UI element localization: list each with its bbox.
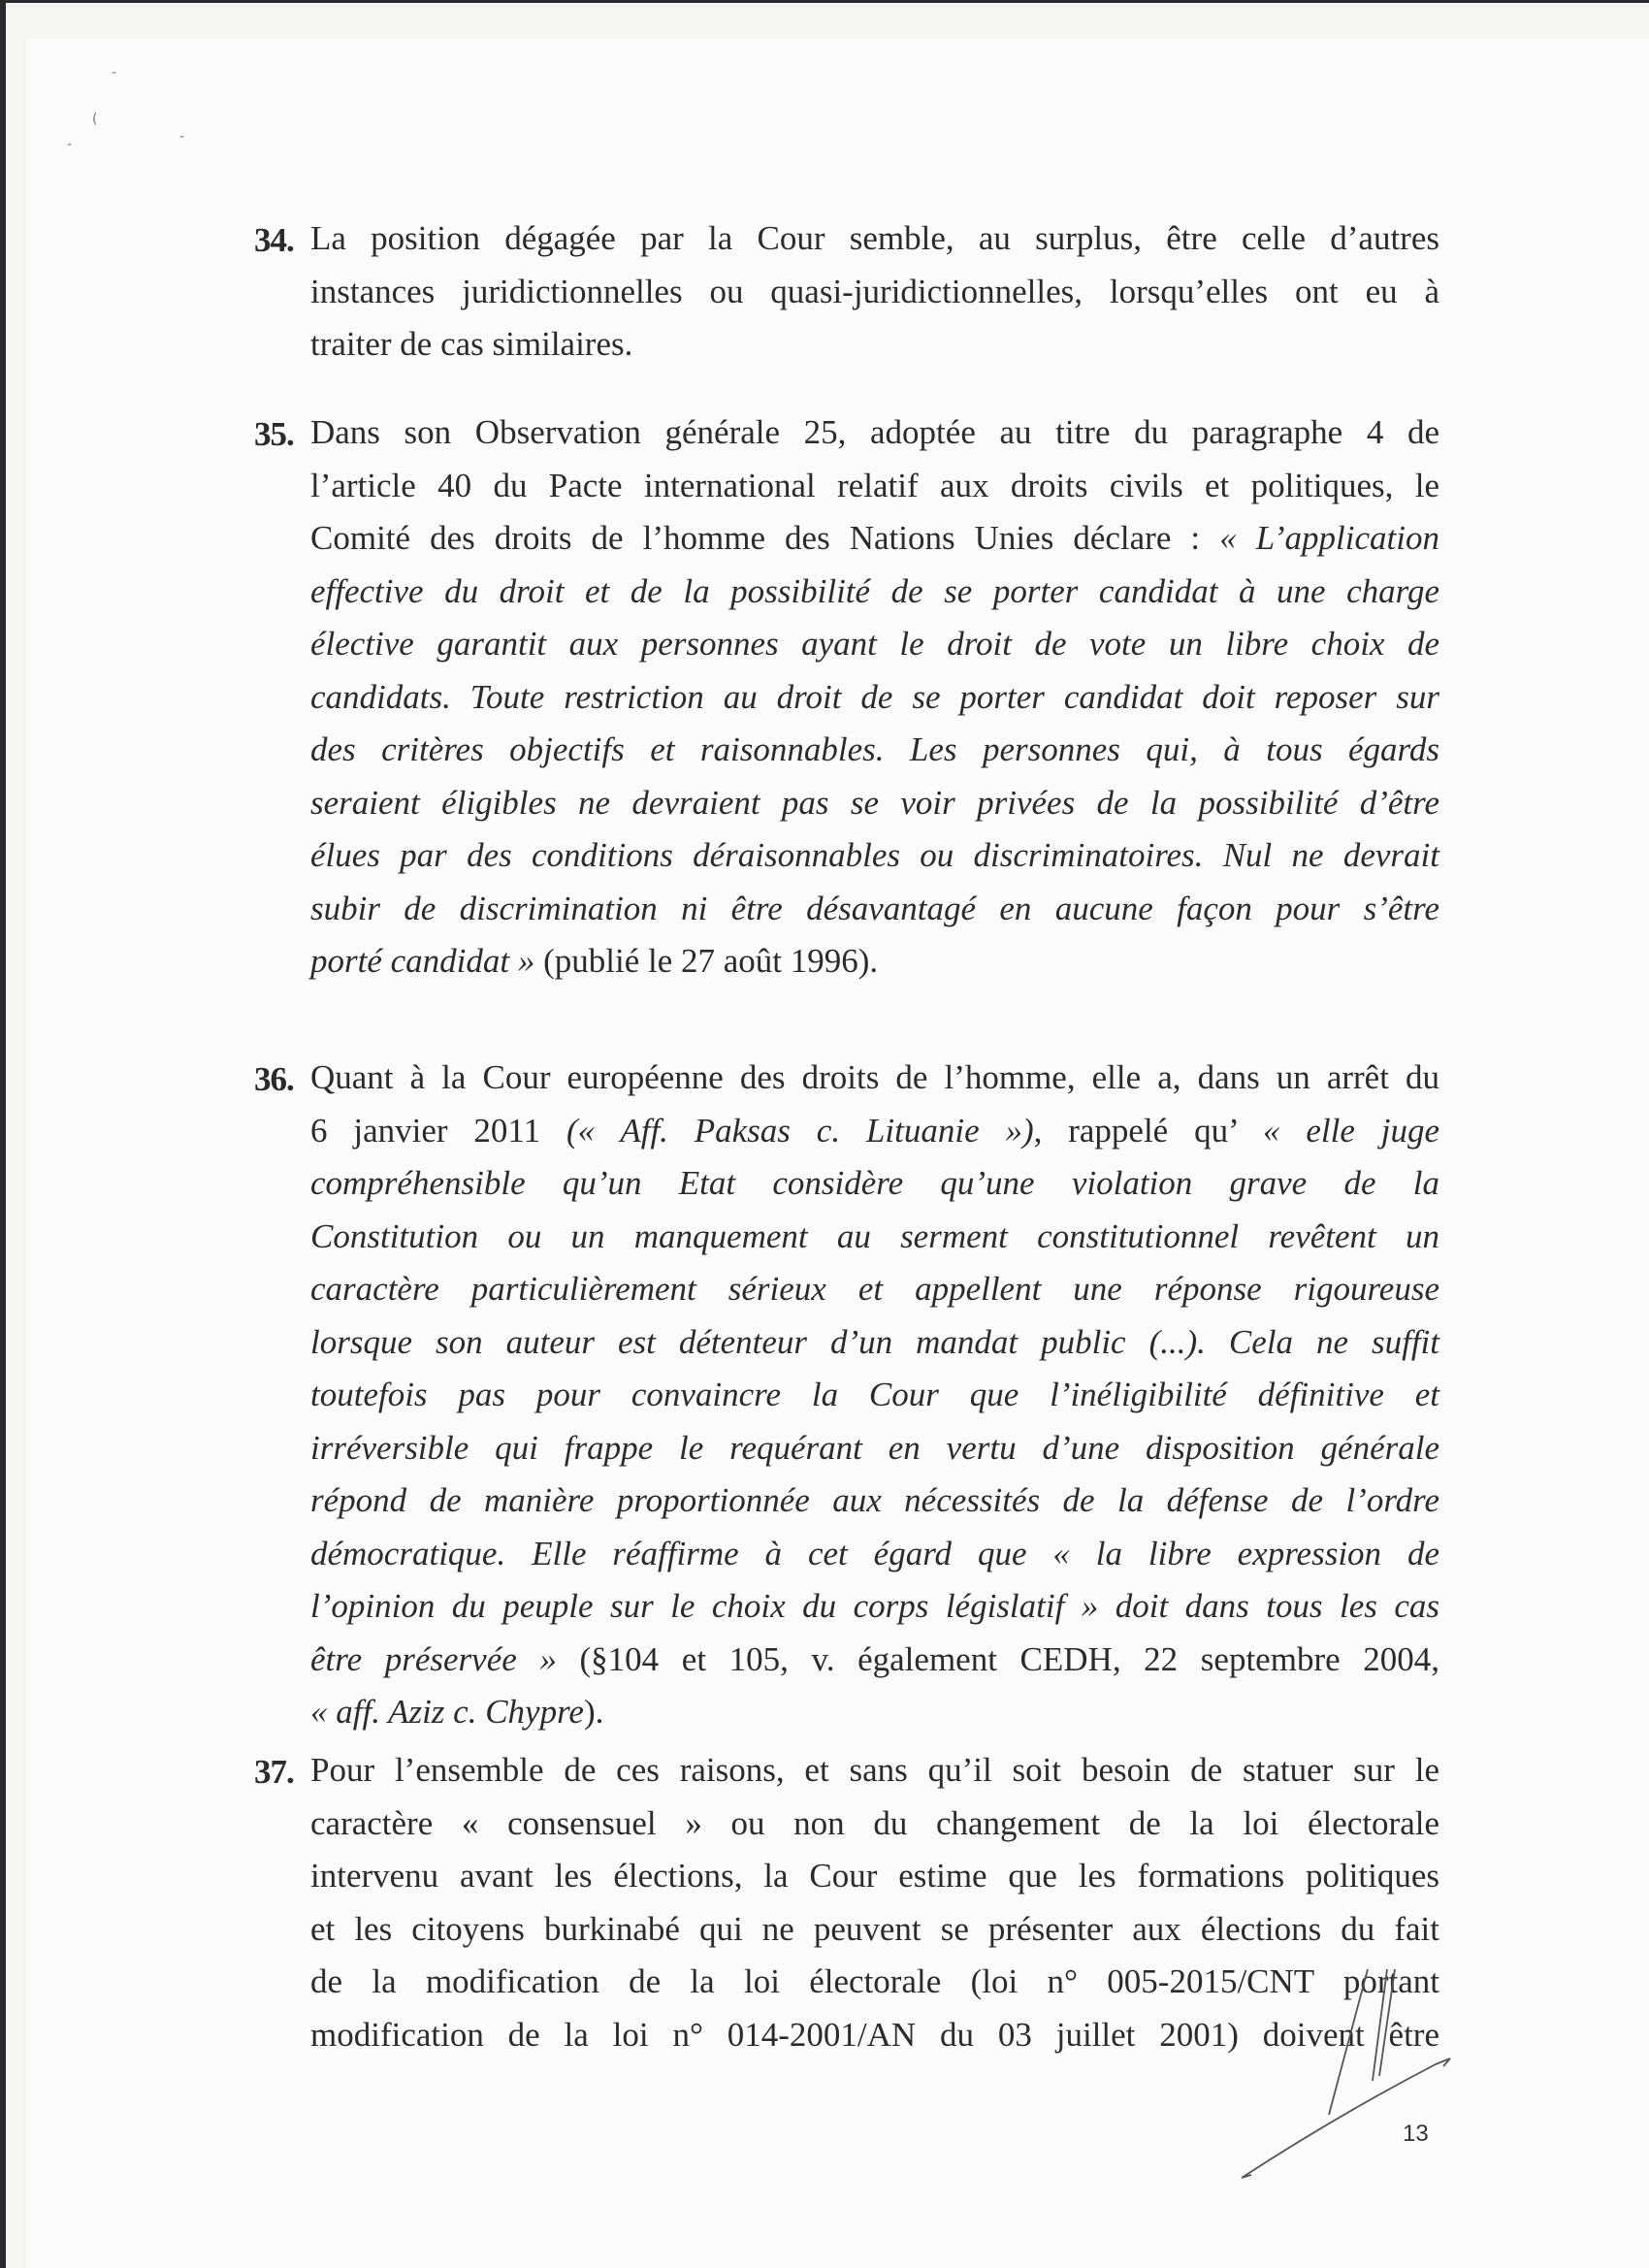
body-text: Pour l’ensemble de ces raisons, et sans … xyxy=(310,1751,1439,1789)
body-text: (publié le 27 août 1996). xyxy=(534,942,878,980)
text-line: Dans son Observation générale 25, adopté… xyxy=(310,415,1439,449)
quoted-text: (« Aff. Paksas c. Lituanie ») xyxy=(566,1112,1034,1150)
body-text: Comité des droits de l’homme des Nations… xyxy=(310,519,1219,557)
scan-speck: ‐ xyxy=(179,130,184,144)
text-line: La position dégagée par la Cour semble, … xyxy=(310,221,1439,255)
body-text: La position dégagée par la Cour semble, … xyxy=(310,219,1439,257)
quoted-text: subir de discrimination ni être désavant… xyxy=(310,890,1439,927)
text-line: traiter de cas similaires. xyxy=(310,327,1439,361)
quoted-text: l’opinion du peuple sur le choix du corp… xyxy=(310,1587,1439,1625)
signature-mark xyxy=(1222,1969,1474,2192)
text-line: démocratique. Elle réaffirme à cet égard… xyxy=(310,1537,1439,1571)
text-line: Pour l’ensemble de ces raisons, et sans … xyxy=(310,1753,1439,1787)
text-line: seraient éligibles ne devraient pas se v… xyxy=(310,786,1439,820)
body-text: et les citoyens burkinabé qui ne peuvent… xyxy=(310,1910,1439,1948)
quoted-text: lorsque son auteur est détenteur d’un ma… xyxy=(310,1323,1439,1361)
text-line: des critères objectifs et raisonnables. … xyxy=(310,732,1439,766)
text-line: toutefois pas pour convaincre la Cour qu… xyxy=(310,1377,1439,1411)
quoted-text: seraient éligibles ne devraient pas se v… xyxy=(310,784,1439,822)
scan-speck: ( xyxy=(92,113,97,126)
quoted-text: effective du droit et de la possibilité … xyxy=(310,572,1439,610)
quoted-text: des critères objectifs et raisonnables. … xyxy=(310,730,1439,768)
text-line: « aff. Aziz c. Chypre). xyxy=(310,1695,1439,1729)
text-line: lorsque son auteur est détenteur d’un ma… xyxy=(310,1325,1439,1359)
text-line: et les citoyens burkinabé qui ne peuvent… xyxy=(310,1912,1439,1946)
text-line: intervenu avant les élections, la Cour e… xyxy=(310,1859,1439,1893)
text-line: Constitution ou un manquement au serment… xyxy=(310,1219,1439,1253)
quoted-text: candidats. Toute restriction au droit de… xyxy=(310,678,1439,716)
quoted-text: Constitution ou un manquement au serment… xyxy=(310,1217,1439,1255)
quoted-text: compréhensible qu’un Etat considère qu’u… xyxy=(310,1164,1439,1202)
text-line: caractère « consensuel » ou non du chang… xyxy=(310,1806,1439,1840)
scan-speck: ‐ xyxy=(112,66,116,80)
paragraph-number: 35. xyxy=(254,415,294,454)
quoted-text: caractère particulièrement sérieux et ap… xyxy=(310,1270,1439,1308)
body-text: l’article 40 du Pacte international rela… xyxy=(310,467,1439,504)
body-text: Dans son Observation générale 25, adopté… xyxy=(310,413,1439,451)
body-text: intervenu avant les élections, la Cour e… xyxy=(310,1857,1439,1895)
text-line: 6 janvier 2011 (« Aff. Paksas c. Lituani… xyxy=(310,1114,1439,1148)
text-line: effective du droit et de la possibilité … xyxy=(310,574,1439,608)
quoted-text: « aff. Aziz c. Chypre xyxy=(310,1693,584,1731)
text-line: caractère particulièrement sérieux et ap… xyxy=(310,1272,1439,1306)
scan-speck: ‐ xyxy=(67,138,72,151)
quoted-text: être préservée » xyxy=(310,1640,557,1678)
quoted-text: « L’application xyxy=(1219,519,1439,557)
text-line: être préservée » (§104 et 105, v. égalem… xyxy=(310,1642,1439,1676)
page-number: 13 xyxy=(1403,2121,1429,2148)
body-text: instances juridictionnelles ou quasi-jur… xyxy=(310,273,1439,310)
body-text: caractère « consensuel » ou non du chang… xyxy=(310,1804,1439,1842)
quoted-text: toutefois pas pour convaincre la Cour qu… xyxy=(310,1376,1439,1413)
body-text: 6 janvier 2011 xyxy=(310,1112,566,1150)
text-line: porté candidat » (publié le 27 août 1996… xyxy=(310,944,1439,978)
quoted-text: démocratique. Elle réaffirme à cet égard… xyxy=(310,1535,1439,1572)
text-line: élues par des conditions déraisonnables … xyxy=(310,838,1439,872)
body-text: (§104 et 105, v. également CEDH, 22 sept… xyxy=(557,1640,1439,1678)
text-line: l’opinion du peuple sur le choix du corp… xyxy=(310,1589,1439,1623)
paragraph-number: 34. xyxy=(254,221,294,260)
paragraph-number: 37. xyxy=(254,1753,294,1792)
text-line: irréversible qui frappe le requérant en … xyxy=(310,1431,1439,1465)
text-line: l’article 40 du Pacte international rela… xyxy=(310,469,1439,502)
body-text: traiter de cas similaires. xyxy=(310,325,632,363)
body-text: Quant à la Cour européenne des droits de… xyxy=(310,1058,1439,1096)
quoted-text: répond de manière proportionnée aux néce… xyxy=(310,1481,1439,1519)
body-text: , rappelé qu’ xyxy=(1034,1112,1263,1150)
quoted-text: élues par des conditions déraisonnables … xyxy=(310,836,1439,874)
text-line: répond de manière proportionnée aux néce… xyxy=(310,1483,1439,1517)
text-line: compréhensible qu’un Etat considère qu’u… xyxy=(310,1166,1439,1200)
text-line: subir de discrimination ni être désavant… xyxy=(310,891,1439,925)
paragraph-number: 36. xyxy=(254,1060,294,1099)
quoted-text: porté candidat » xyxy=(310,942,534,980)
quoted-text: « elle juge xyxy=(1263,1112,1439,1150)
text-line: Quant à la Cour européenne des droits de… xyxy=(310,1060,1439,1094)
text-line: Comité des droits de l’homme des Nations… xyxy=(310,521,1439,555)
text-line: instances juridictionnelles ou quasi-jur… xyxy=(310,275,1439,308)
text-line: élective garantit aux personnes ayant le… xyxy=(310,627,1439,661)
text-line: candidats. Toute restriction au droit de… xyxy=(310,680,1439,714)
quoted-text: élective garantit aux personnes ayant le… xyxy=(310,625,1439,663)
body-text: ). xyxy=(584,1693,603,1731)
quoted-text: irréversible qui frappe le requérant en … xyxy=(310,1429,1439,1467)
